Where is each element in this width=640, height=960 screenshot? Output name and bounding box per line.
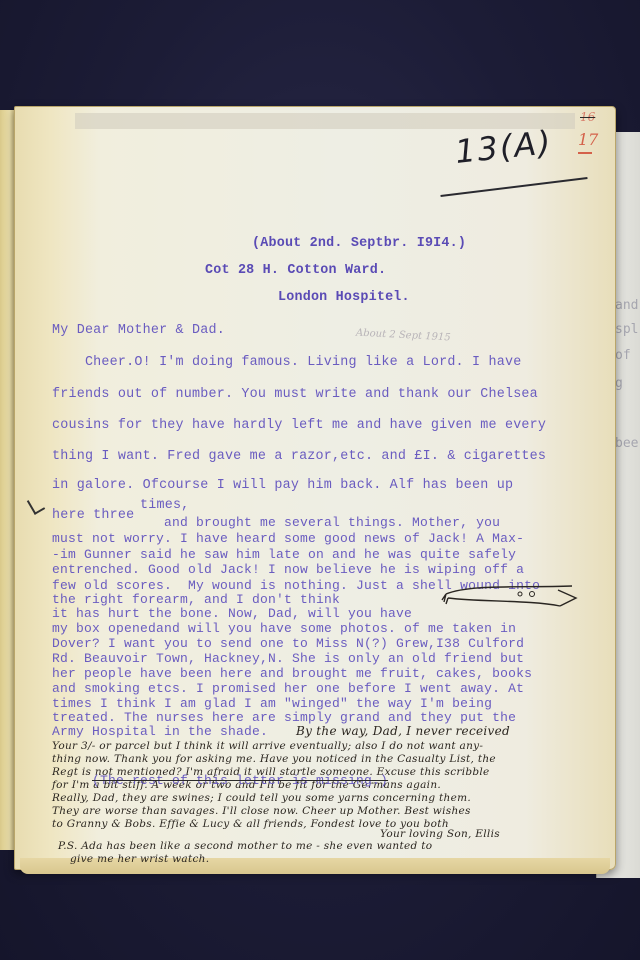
folio-underline: [578, 152, 592, 154]
struck-typed-line: (The rest of this letter is missing.): [92, 773, 388, 788]
date-line: (About 2nd. Septbr. I9I4.): [252, 236, 466, 251]
typed-line: the right forearm, and I don't think: [52, 592, 340, 607]
handwritten-line: thing now. Thank you for asking me. Have…: [52, 753, 496, 765]
typed-line: treated. The nurses here are simply gran…: [52, 710, 516, 725]
postscript-line: give me her wrist watch.: [70, 853, 209, 865]
typed-line: thing I want. Fred gave me a razor,etc. …: [52, 449, 546, 464]
typed-line: it has hurt the bone. Now, Dad, will you…: [52, 606, 412, 621]
postscript-line: P.S. Ada has been like a second mother t…: [58, 840, 432, 852]
typed-line-superscript: times,: [140, 498, 189, 513]
handwritten-line: Your 3/- or parcel but I think it will a…: [52, 740, 483, 752]
typed-line: Cheer.O! I'm doing famous. Living like a…: [52, 355, 521, 370]
handwritten-line: They are worse than savages. I'll close …: [52, 805, 471, 817]
handwritten-line: By the way, Dad, I never received: [296, 724, 510, 738]
signature-line: Your loving Son, Ellis: [380, 828, 500, 840]
typed-line: and smoking etcs. I promised her one bef…: [52, 681, 524, 696]
folio-number-crossed: 16: [580, 110, 595, 124]
folio-number: 17: [578, 130, 598, 149]
typed-line: and brought me several things. Mother, y…: [52, 515, 500, 530]
typed-line: Dover? I want you to send one to Miss N(…: [52, 636, 524, 651]
typed-line: in galore. Ofcourse I will pay him back.…: [52, 478, 513, 493]
handwritten-line: Really, Dad, they are swines; I could te…: [52, 792, 471, 804]
typed-line: friends out of number. You must write an…: [52, 387, 538, 402]
typed-line: -im Gunner said he saw him late on and h…: [52, 547, 516, 562]
arm-wound-sketch-icon: [440, 580, 580, 610]
address-line-1: Cot 28 H. Cotton Ward.: [205, 263, 386, 278]
typed-line: Army Hospital in the shade.: [52, 724, 268, 739]
typed-line: Rd. Beauvoir Town, Hackney,N. She is onl…: [52, 651, 524, 666]
typed-line: my box openedand will you have some phot…: [52, 621, 516, 636]
typed-line: entrenched. Good old Jack! I now believe…: [52, 562, 524, 577]
typed-line: must not worry. I have heard some good n…: [52, 531, 524, 546]
typed-line: her people have been here and brought me…: [52, 666, 532, 681]
typed-line: cousins for they have hardly left me and…: [52, 418, 546, 433]
typed-line: times I think I am glad I am "winged" th…: [52, 696, 492, 711]
salutation: My Dear Mother & Dad.: [52, 323, 225, 338]
address-line-2: London Hospitel.: [278, 290, 410, 305]
